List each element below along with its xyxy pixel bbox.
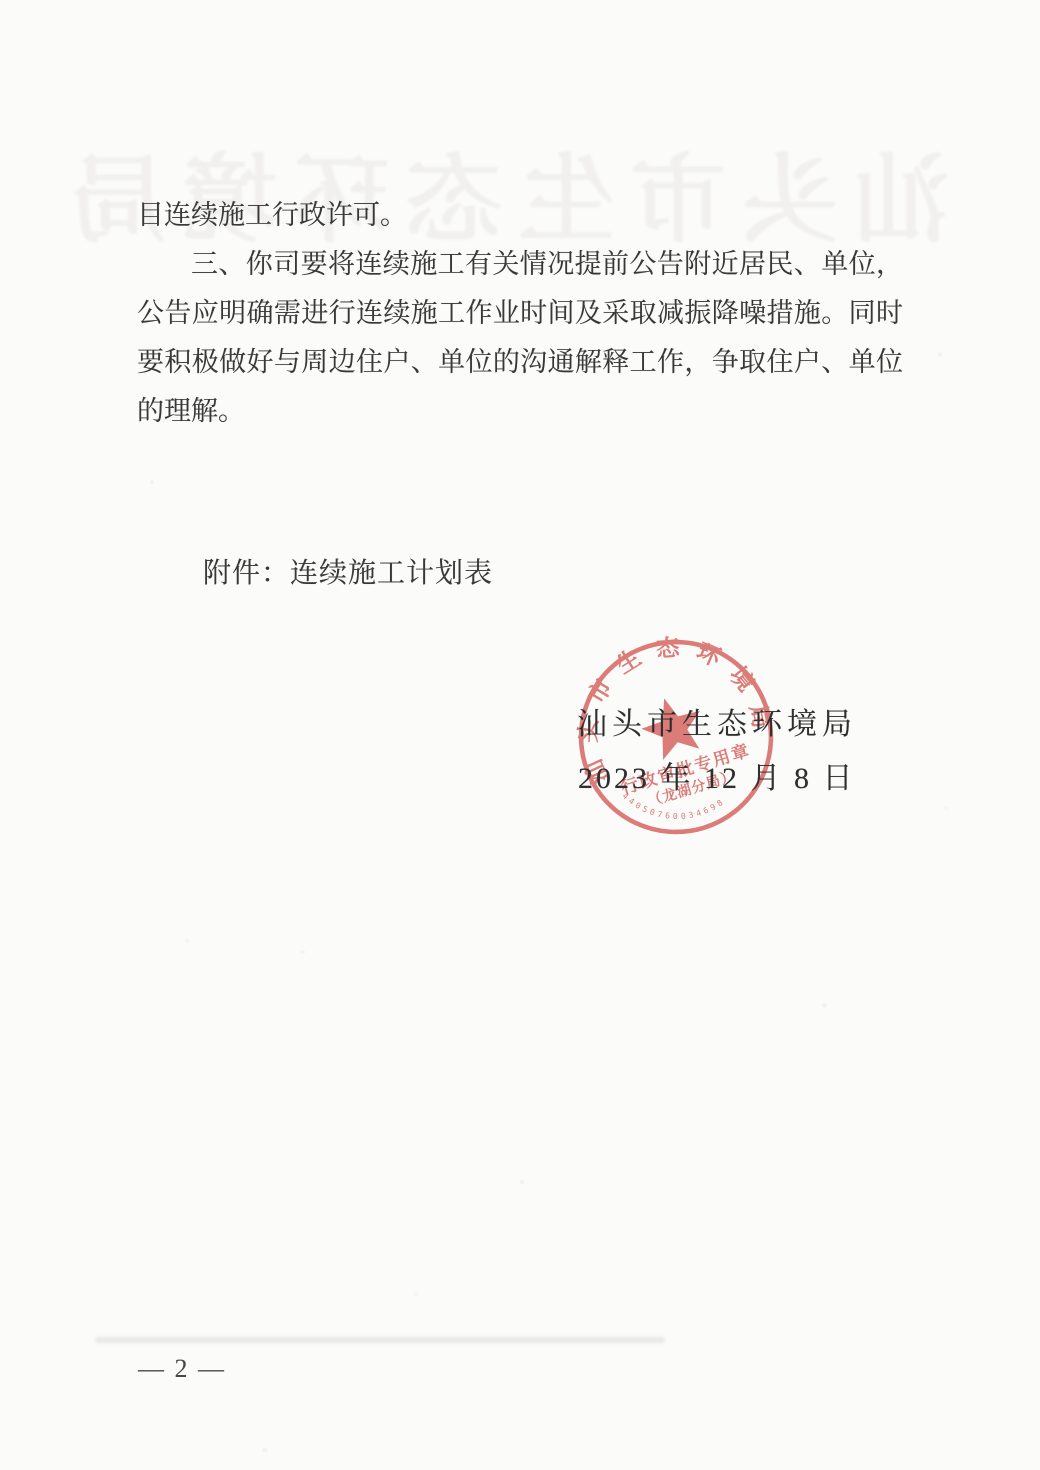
- page-number: — 2 —: [138, 1354, 226, 1384]
- body-line: 目连续施工行政许可。: [137, 191, 903, 240]
- issue-date: 2023 年 12 月 8 日: [578, 753, 856, 797]
- scan-noise: [300, 950, 305, 954]
- body-paragraphs: 目连续施工行政许可。 三、你司要将连续施工有关情况提前公告附近居民、单位， 公告…: [137, 191, 903, 436]
- body-line: 的理解。: [137, 387, 903, 436]
- scan-noise: [150, 480, 154, 484]
- body-line: 公告应明确需进行连续施工作业时间及采取减振降噪措施。同时: [137, 289, 903, 338]
- body-line: 三、你司要将连续施工有关情况提前公告附近居民、单位，: [137, 240, 903, 289]
- scan-noise: [938, 352, 942, 357]
- scan-noise: [822, 1003, 827, 1008]
- body-line: 要积极做好与周边住户、单位的沟通解释工作，争取住户、单位: [137, 338, 903, 387]
- scan-noise: [262, 1448, 268, 1452]
- issuer-signature: 汕头市生态环境局: [577, 699, 857, 743]
- scan-artifact-streak: [95, 1337, 665, 1343]
- scan-noise: [520, 1180, 524, 1184]
- scanned-document-page: 汕头市生态环境局 目连续施工行政许可。 三、你司要将连续施工有关情况提前公告附近…: [0, 0, 1040, 1470]
- attachment-line: 附件：连续施工计划表: [203, 551, 493, 591]
